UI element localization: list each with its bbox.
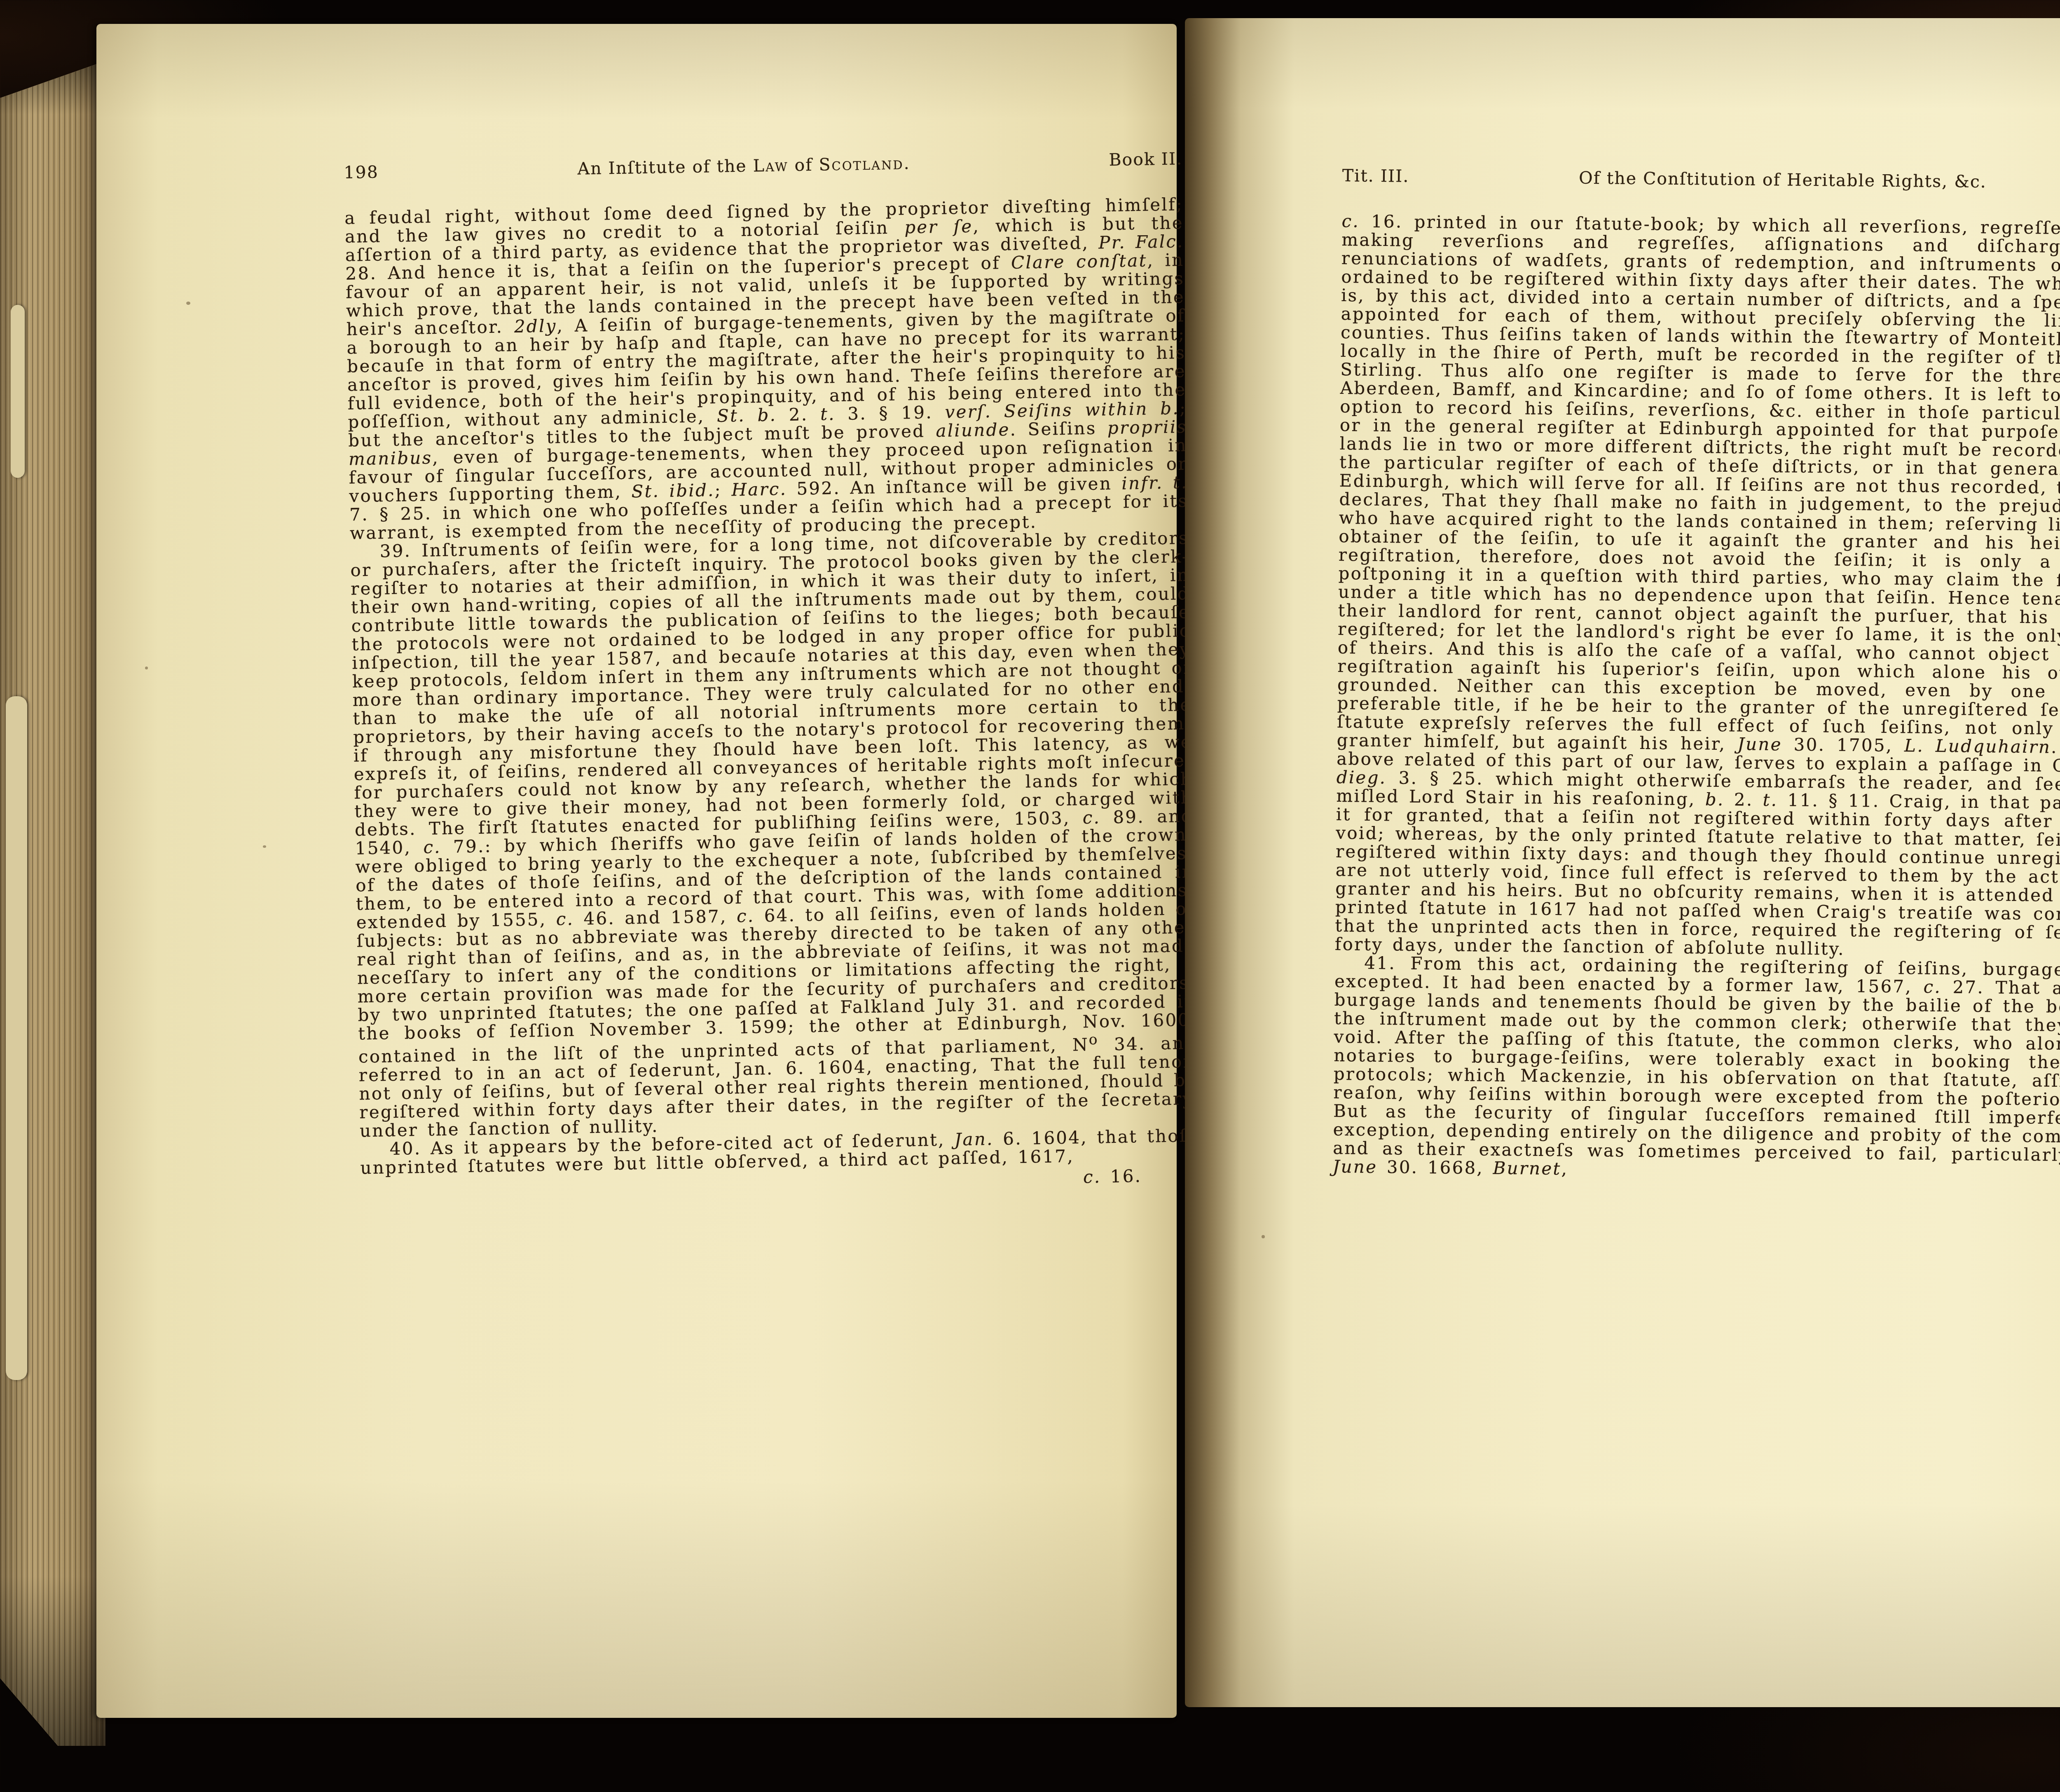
paragraph-40-continuation: c. 16. printed in our ſtatute-book; by w… <box>1335 212 2060 962</box>
book-label: Book II. <box>1109 149 1183 170</box>
left-running-head: 198 An Inſtitute of the Law of Scotland.… <box>344 149 1183 182</box>
left-page-content: 198 An Inſtitute of the Law of Scotland.… <box>344 149 1199 1198</box>
catchword-right: the <box>1332 1178 2060 1205</box>
dust-speck <box>186 302 190 305</box>
paragraph-39: 39. Inſtruments of ſeiſin were, for a lo… <box>350 529 1199 1140</box>
book-scan-photo: { "book": { "left_page": { "page_number"… <box>0 0 2060 1792</box>
torn-page-edge <box>11 305 25 478</box>
right-page: Tit. III. Of the Conſtitution of Heritab… <box>1185 18 2060 1707</box>
dust-speck <box>1262 1235 1265 1238</box>
dust-speck <box>145 667 148 669</box>
paragraph-41: 41. From this act, ordaining the regiſte… <box>1333 953 2060 1184</box>
left-running-title: An Inſtitute of the Law of Scotland. <box>378 150 1109 182</box>
left-page-number: 198 <box>344 162 379 182</box>
right-running-title: Of the Conſtitution of Heritable Rights,… <box>1409 166 2060 193</box>
left-page: 198 An Inſtitute of the Law of Scotland.… <box>96 24 1177 1718</box>
right-page-content: Tit. III. Of the Conſtitution of Heritab… <box>1332 166 2060 1205</box>
title-label: Tit. III. <box>1342 166 1409 186</box>
torn-page-edge <box>6 696 27 1380</box>
right-text-block: c. 16. printed in our ſtatute-book; by w… <box>1332 212 2060 1205</box>
left-text-block: a feudal right, without ſome deed ſigned… <box>344 195 1200 1198</box>
right-running-head: Tit. III. Of the Conſtitution of Heritab… <box>1342 166 2060 194</box>
paragraph-continuation: a feudal right, without ſome deed ſigned… <box>344 195 1189 543</box>
dust-speck <box>263 845 266 848</box>
